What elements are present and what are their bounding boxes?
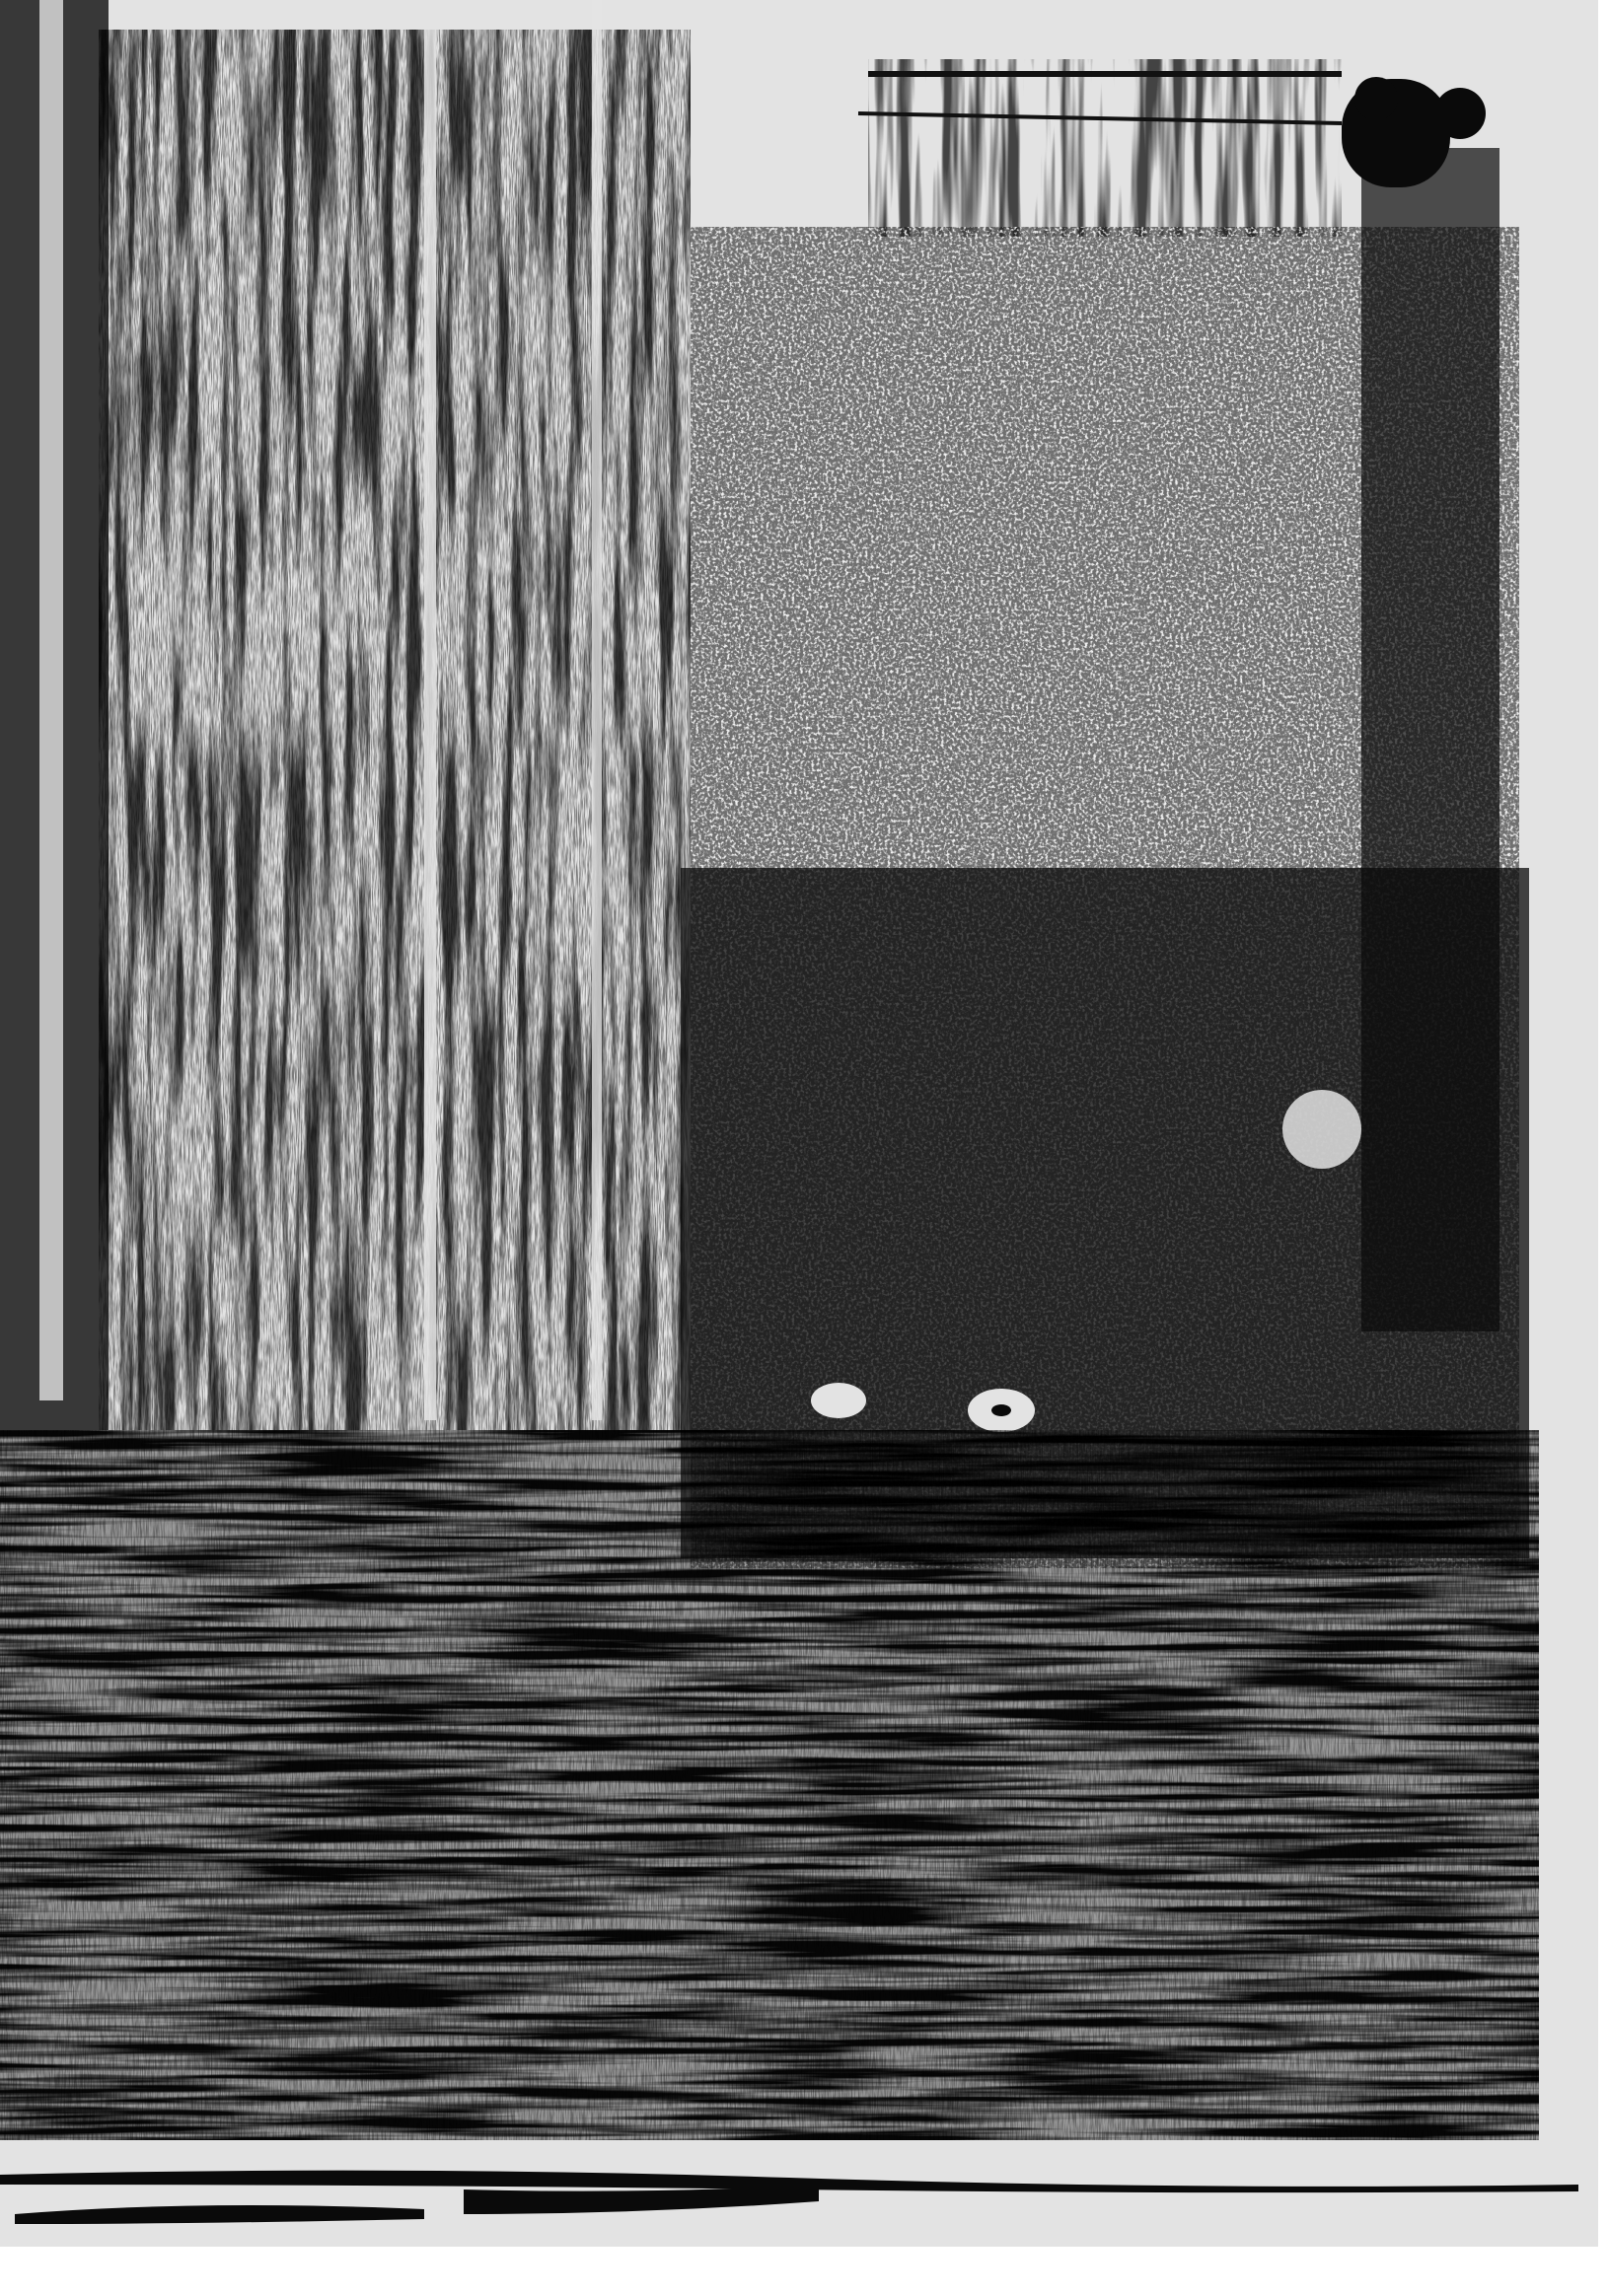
left-vertical-streak-panel xyxy=(0,0,691,1430)
lower-horizontal-band-section xyxy=(0,1430,1539,2140)
right-dark-block xyxy=(681,148,1529,1568)
monotype-artwork xyxy=(0,0,1608,2296)
bottom-margin xyxy=(0,2247,1608,2296)
right-margin xyxy=(1598,0,1608,2247)
